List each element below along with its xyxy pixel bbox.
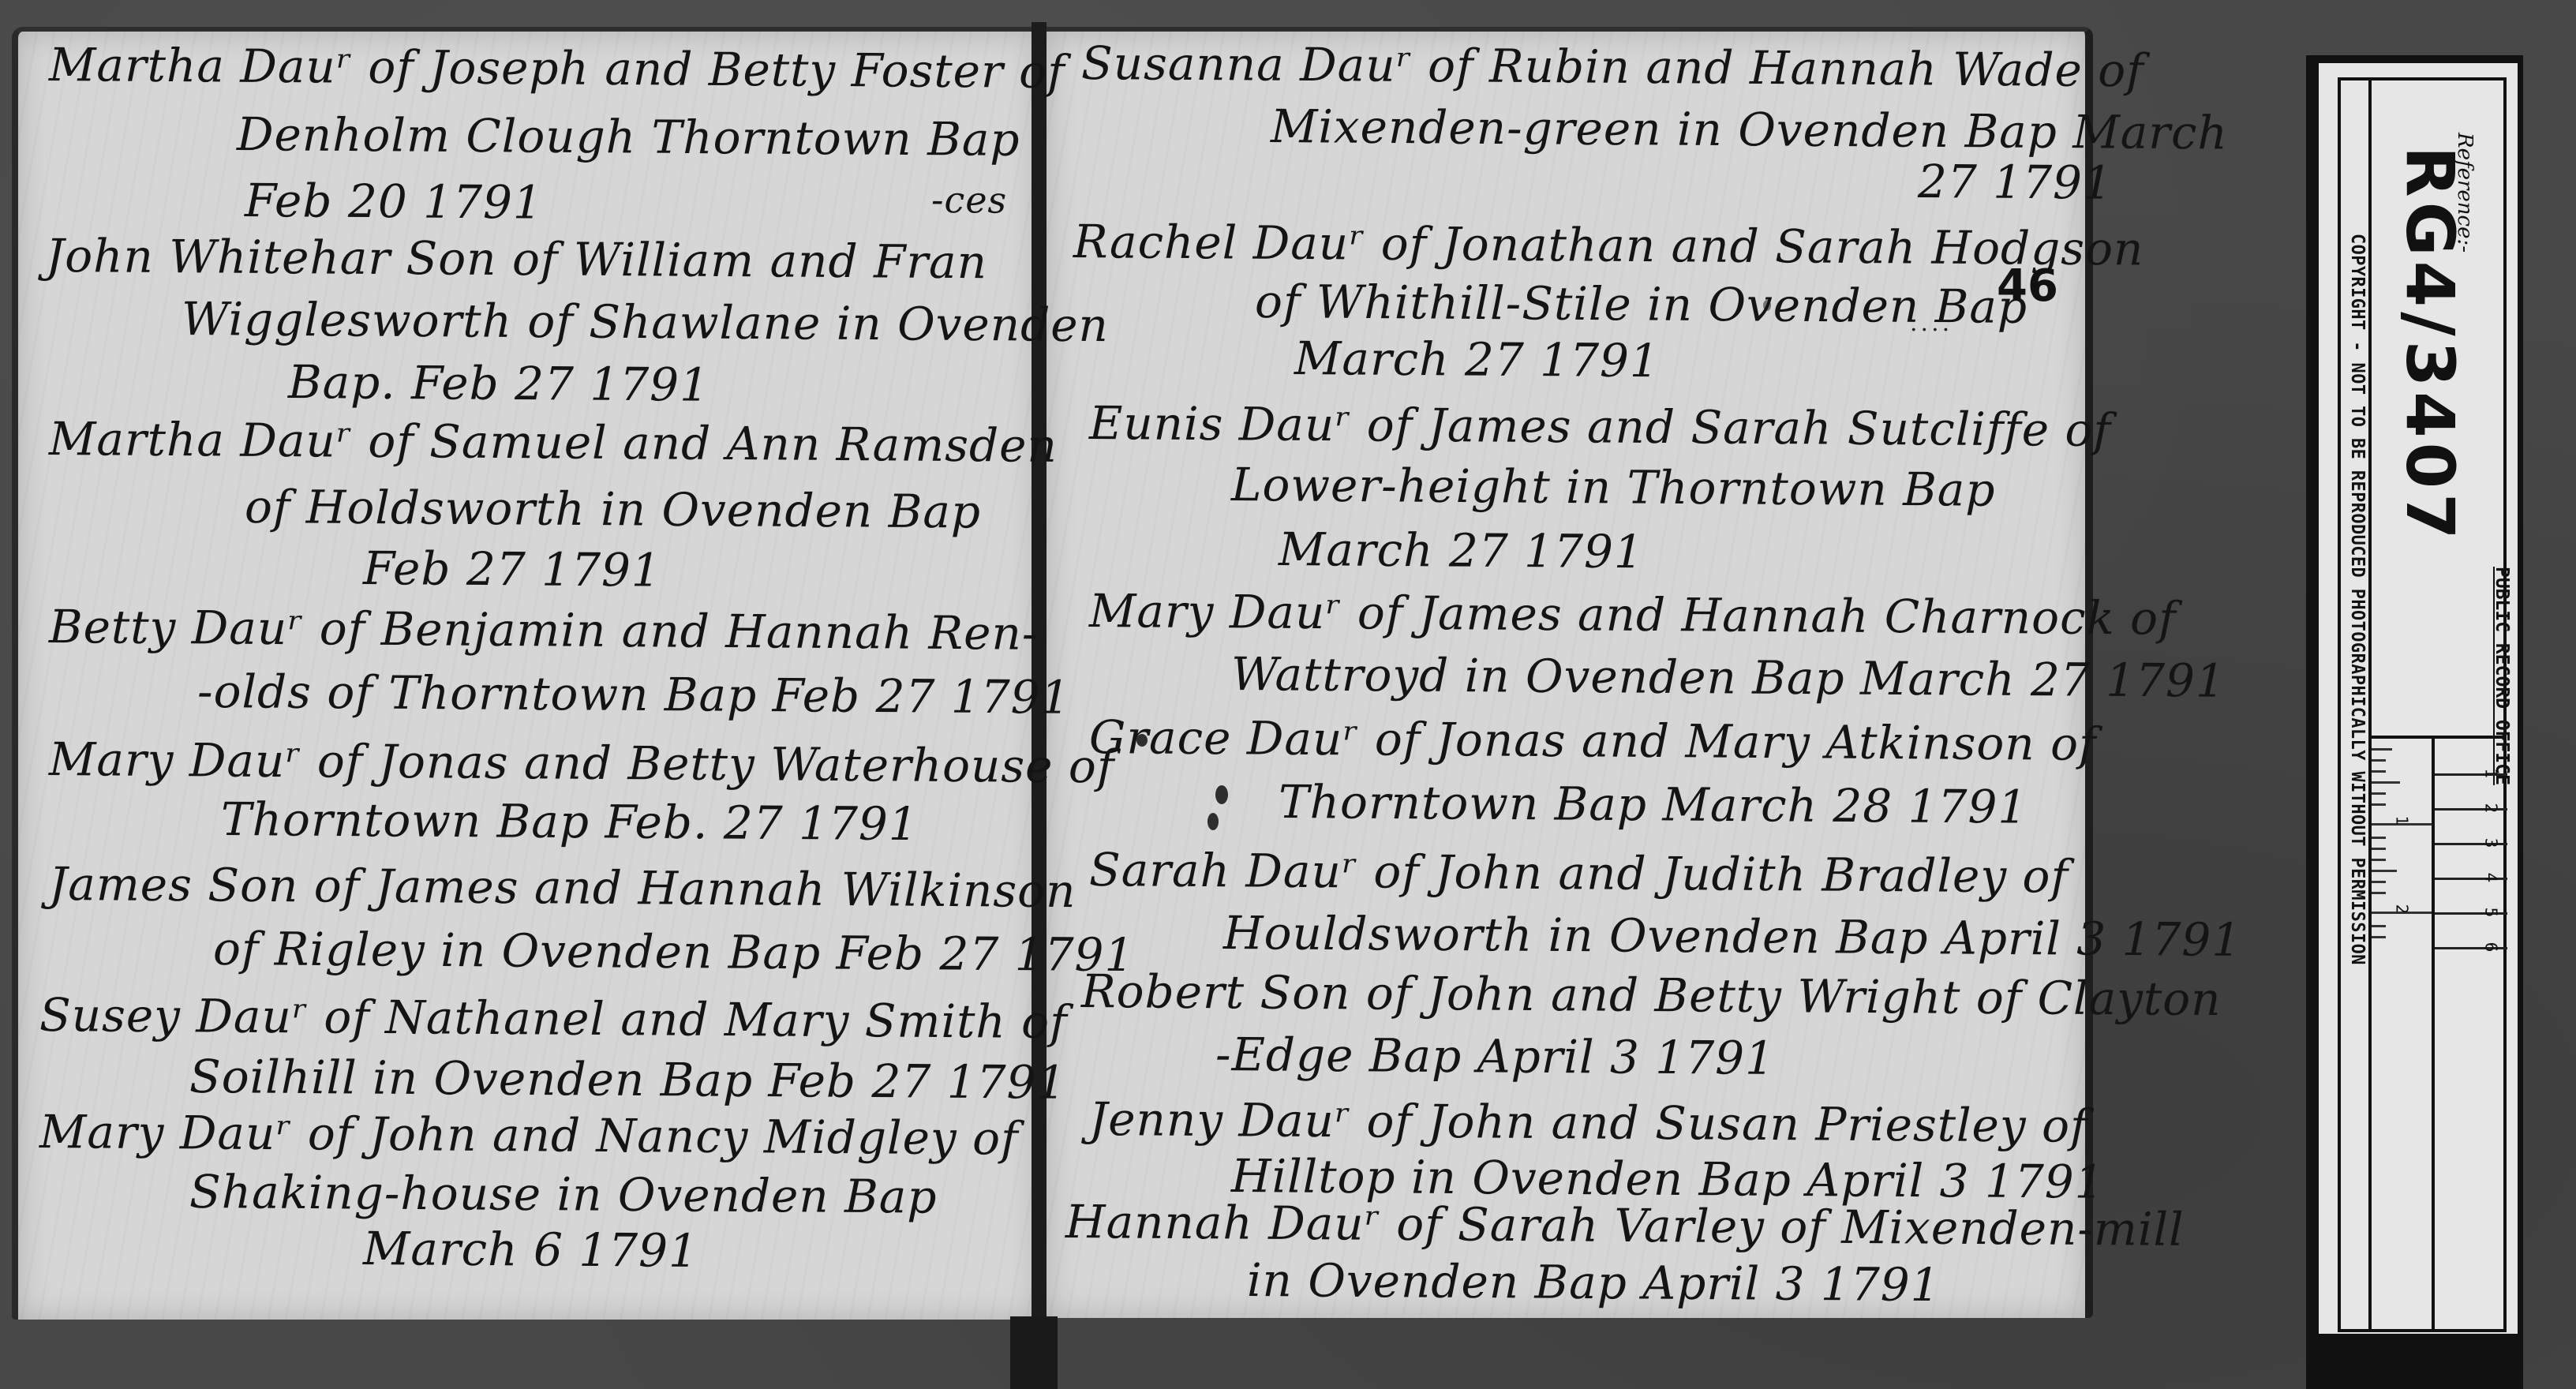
- entry-line: Soilhill in Ovenden Bap Feb 27 1791: [189, 1050, 1067, 1110]
- entry-line: March 27 1791: [1294, 331, 1660, 387]
- entry-line: Martha Dauʳ of Joseph and Betty Foster o…: [49, 38, 1065, 99]
- entry-line: Thorntown Bap March 28 1791: [1279, 775, 2028, 834]
- scale-divider: [2432, 736, 2435, 1332]
- cm-label: 3: [2481, 838, 2500, 848]
- ink-blot: [1763, 300, 1771, 311]
- copyright-notice: COPYRIGHT - NOT TO BE REPRODUCED PHOTOGR…: [2347, 234, 2368, 965]
- inch-label: 2: [2392, 904, 2411, 915]
- entry-line: James Son of James and Hannah Wilkinson: [49, 857, 1076, 918]
- reference-code: RG4/3407: [2391, 146, 2469, 545]
- entry-line: Susey Dauʳ of Nathanel and Mary Smith of: [39, 988, 1068, 1049]
- entry-line: Hannah Dauʳ of Sarah Varley of Mixenden-…: [1065, 1195, 2185, 1256]
- entry-line: March 27 1791: [1279, 522, 1644, 578]
- entry-line: Mary Dauʳ of John and Nancy Midgley of: [39, 1105, 1019, 1166]
- cm-label: 5: [2481, 908, 2500, 918]
- entry-line: Robert Son of John and Betty Wright of C…: [1081, 964, 2222, 1026]
- entry-line: of Rigley in Ovenden Bap Feb 27 1791: [213, 922, 1135, 982]
- entry-line: in Ovenden Bap April 3 1791: [1247, 1253, 1941, 1312]
- entry-line: March 6 1791: [363, 1222, 698, 1278]
- entry-line: Jenny Dauʳ of John and Susan Priestley o…: [1089, 1092, 2088, 1153]
- entry-line: Wigglesworth of Shawlane in Ovenden: [182, 292, 1109, 352]
- entry-line: Lower-height in Thorntown Bap: [1231, 458, 1996, 517]
- ink-blot: [1207, 813, 1219, 830]
- entry-line: Rachel Dauʳ of Jonathan and Sarah Hodgso…: [1073, 215, 2144, 275]
- folio-number: 46: [1997, 260, 2058, 312]
- entry-line: Martha Dauʳ of Samuel and Ann Ramsden: [49, 412, 1058, 473]
- entry-line: Wattroyd in Ovenden Bap March 27 1791: [1231, 647, 2226, 708]
- entry-line: Eunis Dauʳ of James and Sarah Sutcliffe …: [1089, 396, 2111, 457]
- entry-line: Betty Dauʳ of Benjamin and Hannah Ren-: [49, 600, 1039, 661]
- ink-blot: [1136, 734, 1148, 747]
- entry-line: Sarah Dauʳ of John and Judith Bradley of: [1089, 843, 2069, 904]
- entry-line-insertion: -ces: [931, 178, 1008, 222]
- cm-label: 2: [2481, 803, 2500, 814]
- entry-line: Thorntown Bap Feb. 27 1791: [221, 792, 919, 851]
- entry-line: Mary Dauʳ of James and Hannah Charnock o…: [1089, 584, 2177, 646]
- entry-line: Susanna Dauʳ of Rubin and Hannah Wade of: [1081, 36, 2144, 97]
- entry-line: Denholm Clough Thorntown Bap: [237, 107, 1020, 167]
- cm-label: 1: [2481, 769, 2500, 779]
- entry-line: John Whitehar Son of William and Fran: [46, 229, 987, 289]
- cm-label: 6: [2481, 942, 2500, 953]
- entry-line: Grace Dauʳ of Jonas and Mary Atkinson of: [1089, 710, 2097, 771]
- entry-line: -Edge Bap April 3 1791: [1215, 1028, 1775, 1085]
- entry-line: Mary Dauʳ of Jonas and Betty Waterhouse …: [49, 732, 1115, 793]
- entry-line: Mixenden-green in Ovenden Bap March: [1271, 99, 2228, 159]
- folio-dots: ....: [1910, 309, 1953, 337]
- entry-line: Feb 20 1791: [245, 174, 543, 230]
- entry-line: Bap. Feb 27 1791: [288, 355, 710, 412]
- ink-blot: [1215, 785, 1228, 804]
- cm-label: 4: [2481, 873, 2500, 883]
- entry-line: -olds of Thorntown Bap Feb 27 1791: [197, 665, 1071, 724]
- entry-line: of Holdsworth in Ovenden Bap: [245, 480, 982, 539]
- entry-line: Houldsworth in Ovenden Bap April 3 1791: [1223, 906, 2242, 967]
- entry-line: Shaking-house in Ovenden Bap: [189, 1165, 938, 1224]
- inch-label: 1: [2392, 816, 2411, 826]
- entry-line: 27 1791: [1918, 155, 2113, 210]
- entry-line: Feb 27 1791: [363, 541, 661, 597]
- book-spine: [1010, 1316, 1058, 1389]
